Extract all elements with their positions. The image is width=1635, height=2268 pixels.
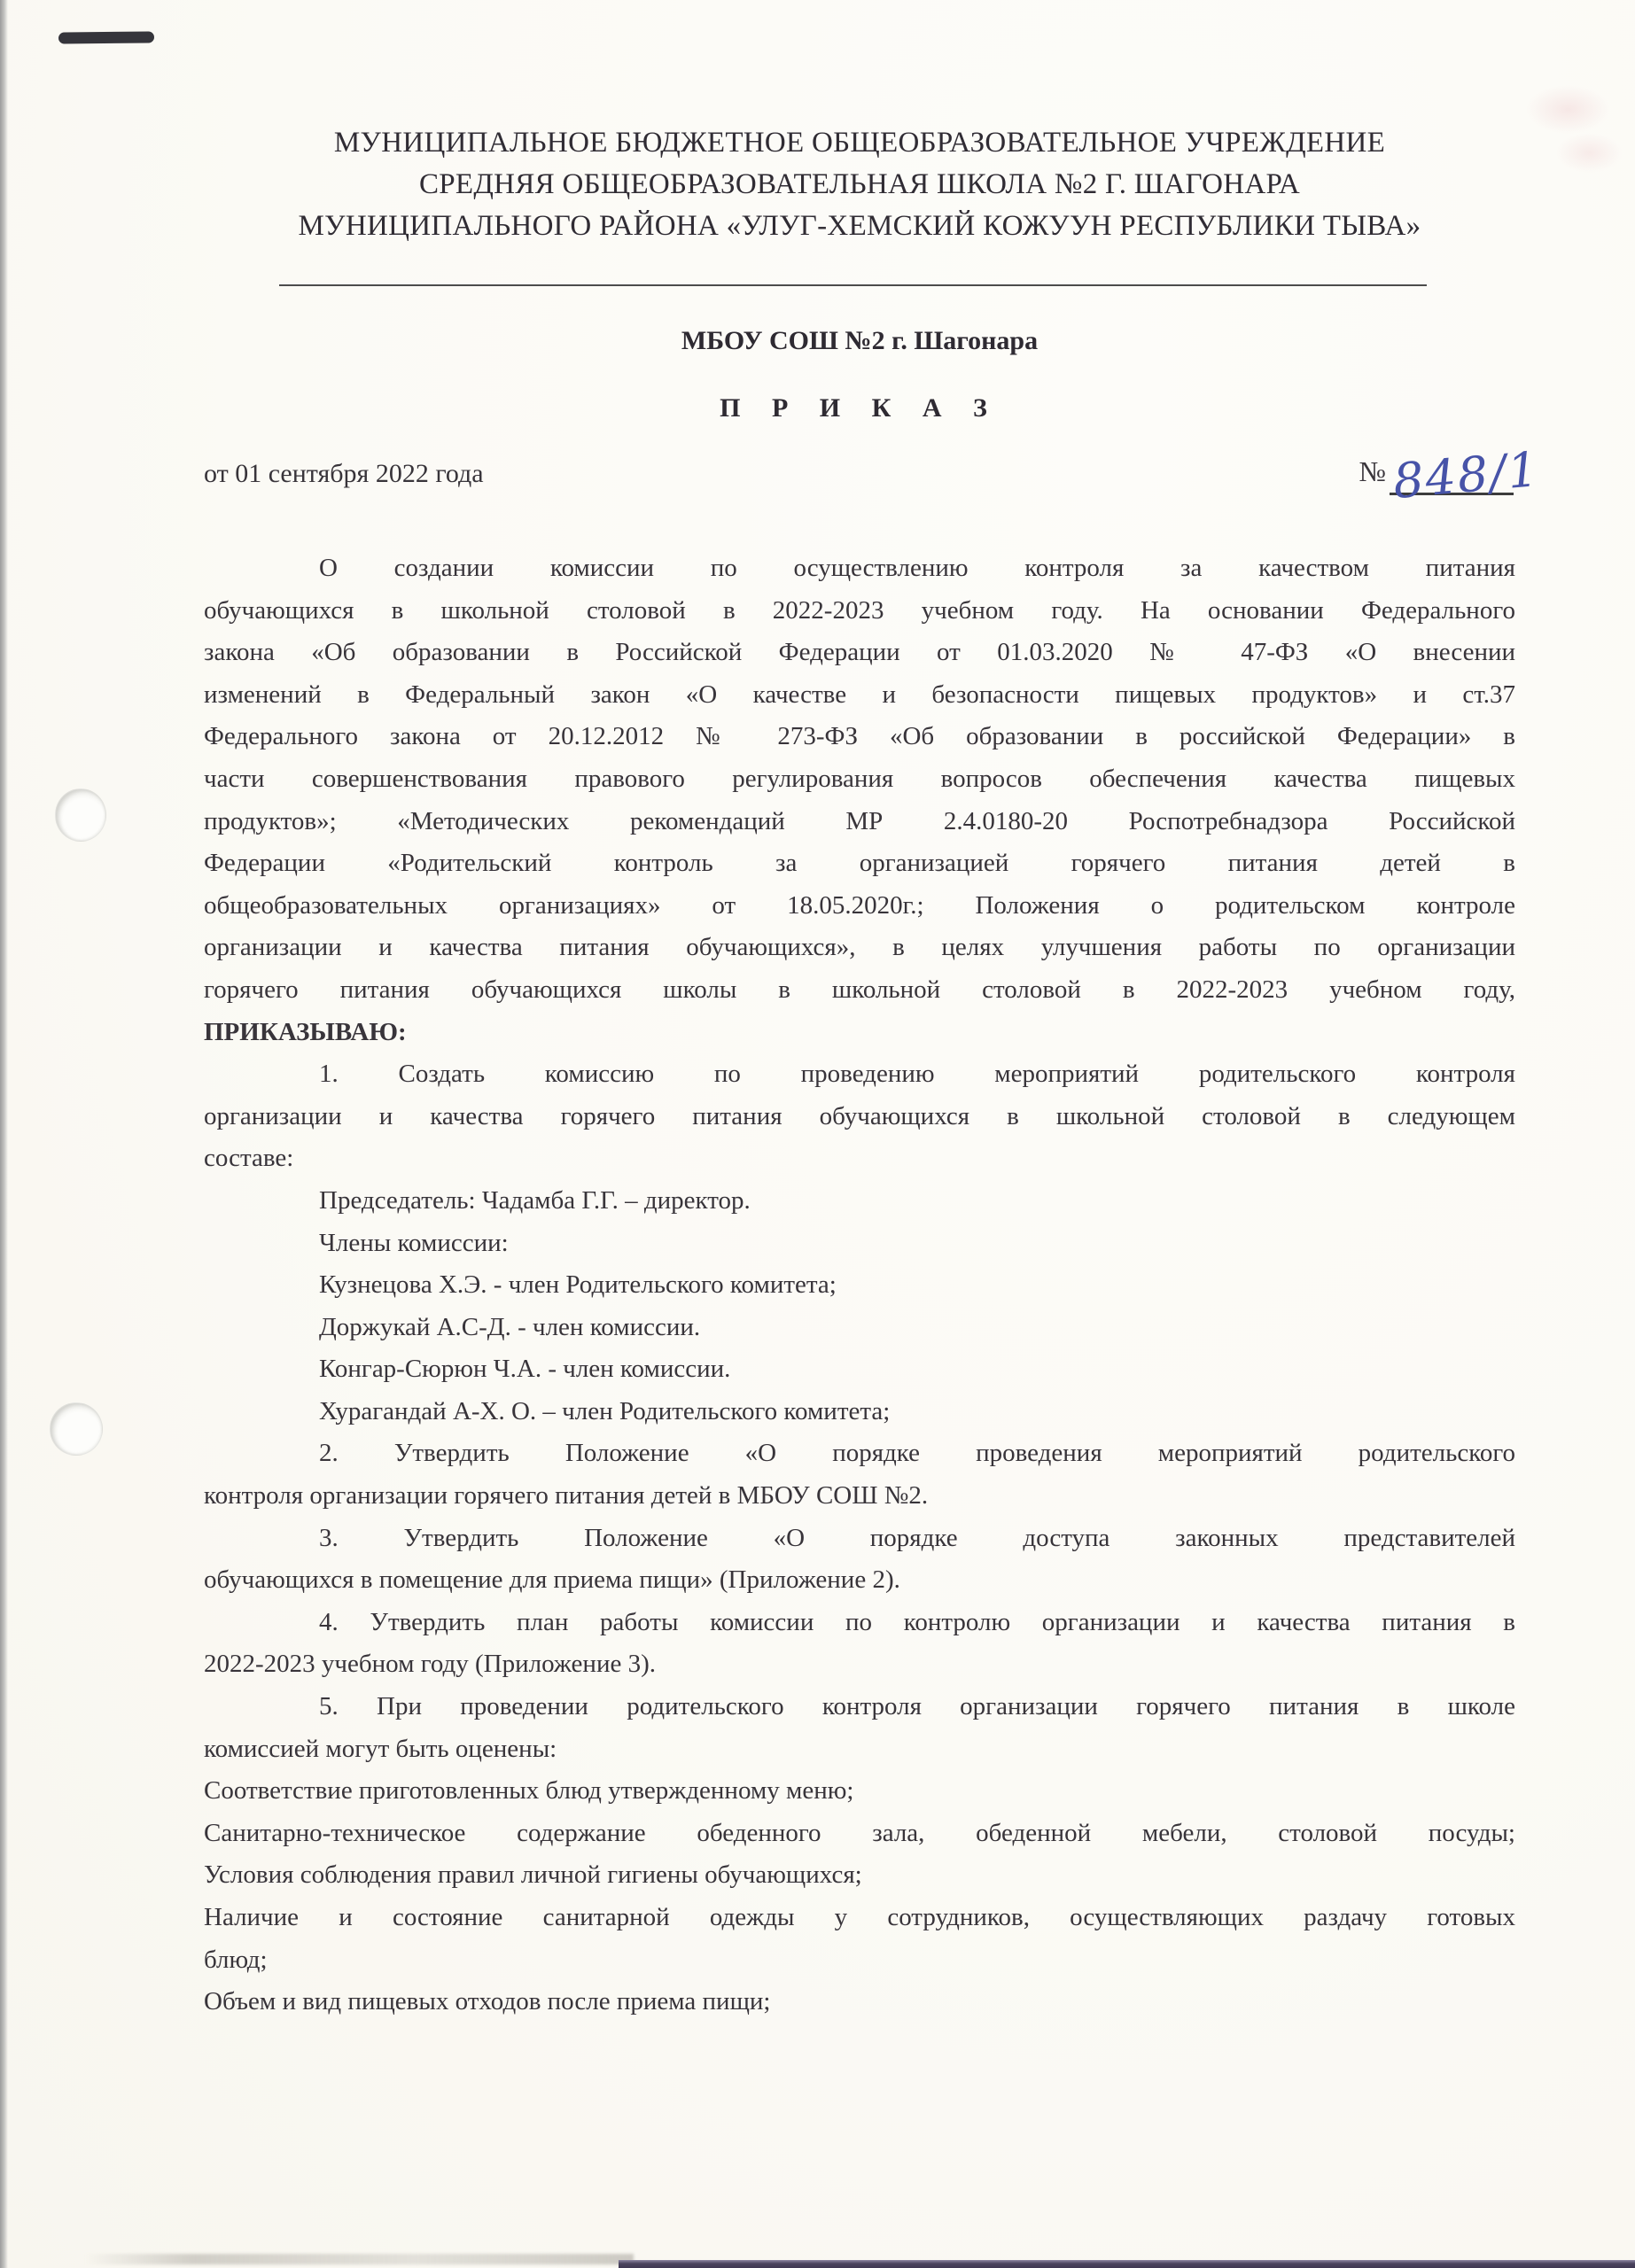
committee-chair: Председатель: Чадамба Г.Г. – директор. [204, 1180, 1515, 1223]
intro-line: О создании комиссии по осуществлению кон… [204, 548, 1515, 590]
criteria-line: Условия соблюдения правил личной гигиены… [204, 1854, 1515, 1897]
committee-members-label: Члены комиссии: [204, 1223, 1515, 1265]
committee-member: Кузнецова Х.Э. - член Родительского коми… [204, 1264, 1515, 1307]
org-name-line-3: МУНИЦИПАЛЬНОГО РАЙОНА «УЛУГ-ХЕМСКИЙ КОЖУ… [204, 206, 1515, 247]
criteria-line: Наличие и состояние санитарной одежды у … [204, 1897, 1515, 1939]
intro-line: части совершенствования правового регули… [204, 758, 1515, 801]
order-item-5-line: 5. При проведении родительского контроля… [204, 1686, 1515, 1728]
order-number-group: №848/1 [1359, 455, 1514, 502]
scan-tint-top-right-2 [1556, 133, 1623, 173]
criteria-line: Соответствие приготовленных блюд утвержд… [204, 1770, 1515, 1813]
criteria-line: блюд; [204, 1939, 1515, 1982]
hole-punch-shadow-bottom [50, 1402, 103, 1456]
committee-member: Доржукай А.С-Д. - член комиссии. [204, 1307, 1515, 1349]
scanned-order-document: МУНИЦИПАЛЬНОЕ БЮДЖЕТНОЕ ОБЩЕОБРАЗОВАТЕЛЬ… [0, 0, 1635, 2268]
intro-line: организации и качества питания обучающих… [204, 927, 1515, 969]
intro-line: обучающихся в школьной столовой в 2022-2… [204, 590, 1515, 633]
order-item-2-line: контроля организации горячего питания де… [204, 1475, 1515, 1518]
order-item-1-line: организации и качества горячего питания … [204, 1096, 1515, 1138]
school-title: МБОУ СОШ №2 г. Шагонара [204, 326, 1515, 356]
order-item-3-line: 3. Утвердить Положение «О порядке доступ… [204, 1518, 1515, 1560]
number-sign-label: № [1359, 455, 1386, 487]
order-item-3-line: обучающихся в помещение для приема пищи»… [204, 1559, 1515, 1602]
hole-punch-shadow-top [55, 788, 106, 842]
intro-line: горячего питания обучающихся школы в шко… [204, 969, 1515, 1012]
org-name-line-1: МУНИЦИПАЛЬНОЕ БЮДЖЕТНОЕ ОБЩЕОБРАЗОВАТЕЛЬ… [204, 122, 1515, 164]
scan-tint-top-right [1526, 85, 1610, 134]
order-item-1-line: 1. Создать комиссию по проведению меропр… [204, 1053, 1515, 1096]
criteria-line: Объем и вид пищевых отходов после приема… [204, 1981, 1515, 2023]
header-divider-line [279, 284, 1427, 286]
intro-line: Федерации «Родительский контроль за орга… [204, 843, 1515, 885]
intro-line: закона «Об образовании в Российской Феде… [204, 632, 1515, 674]
order-item-2-line: 2. Утвердить Положение «О порядке провед… [204, 1433, 1515, 1475]
order-item-4-line: 4. Утвердить план работы комиссии по кон… [204, 1602, 1515, 1644]
order-item-1-line: составе: [204, 1138, 1515, 1180]
intro-line: продуктов»; «Методических рекомендаций М… [204, 801, 1515, 843]
org-name-line-2: СРЕДНЯЯ ОБЩЕОБРАЗОВАТЕЛЬНАЯ ШКОЛА №2 Г. … [204, 164, 1515, 206]
number-underline: 848/1 [1390, 455, 1514, 495]
intro-line: общеобразовательных организациях» от 18.… [204, 885, 1515, 928]
document-type-title: П Р И К А З [204, 393, 1515, 423]
scan-edge-left [0, 0, 8, 2268]
organization-header: МУНИЦИПАЛЬНОЕ БЮДЖЕТНОЕ ОБЩЕОБРАЗОВАТЕЛЬ… [204, 122, 1515, 247]
handwritten-order-number: 848/1 [1391, 441, 1542, 509]
committee-member: Конгар-Сюрюн Ч.А. - член комиссии. [204, 1348, 1515, 1391]
intro-line: изменений в Федеральный закон «О качеств… [204, 674, 1515, 717]
order-item-4-line: 2022-2023 учебном году (Приложение 3). [204, 1643, 1515, 1686]
criteria-line: Санитарно-техническое содержание обеденн… [204, 1813, 1515, 1855]
order-date: от 01 сентября 2022 года [204, 459, 484, 489]
scan-mark-bar [58, 31, 154, 43]
resolve-word: ПРИКАЗЫВАЮ: [204, 1012, 1515, 1054]
scan-smudge-bottom [84, 2254, 634, 2264]
date-number-row: от 01 сентября 2022 года №848/1 [204, 459, 1515, 512]
scan-edge-bottom [619, 2260, 1635, 2268]
intro-line: Федерального закона от 20.12.2012 № 273-… [204, 716, 1515, 758]
order-body: О создании комиссии по осуществлению кон… [204, 548, 1515, 2023]
committee-member: Хурагандай А-Х. О. – член Родительского … [204, 1391, 1515, 1433]
order-item-5-line: комиссией могут быть оценены: [204, 1728, 1515, 1771]
